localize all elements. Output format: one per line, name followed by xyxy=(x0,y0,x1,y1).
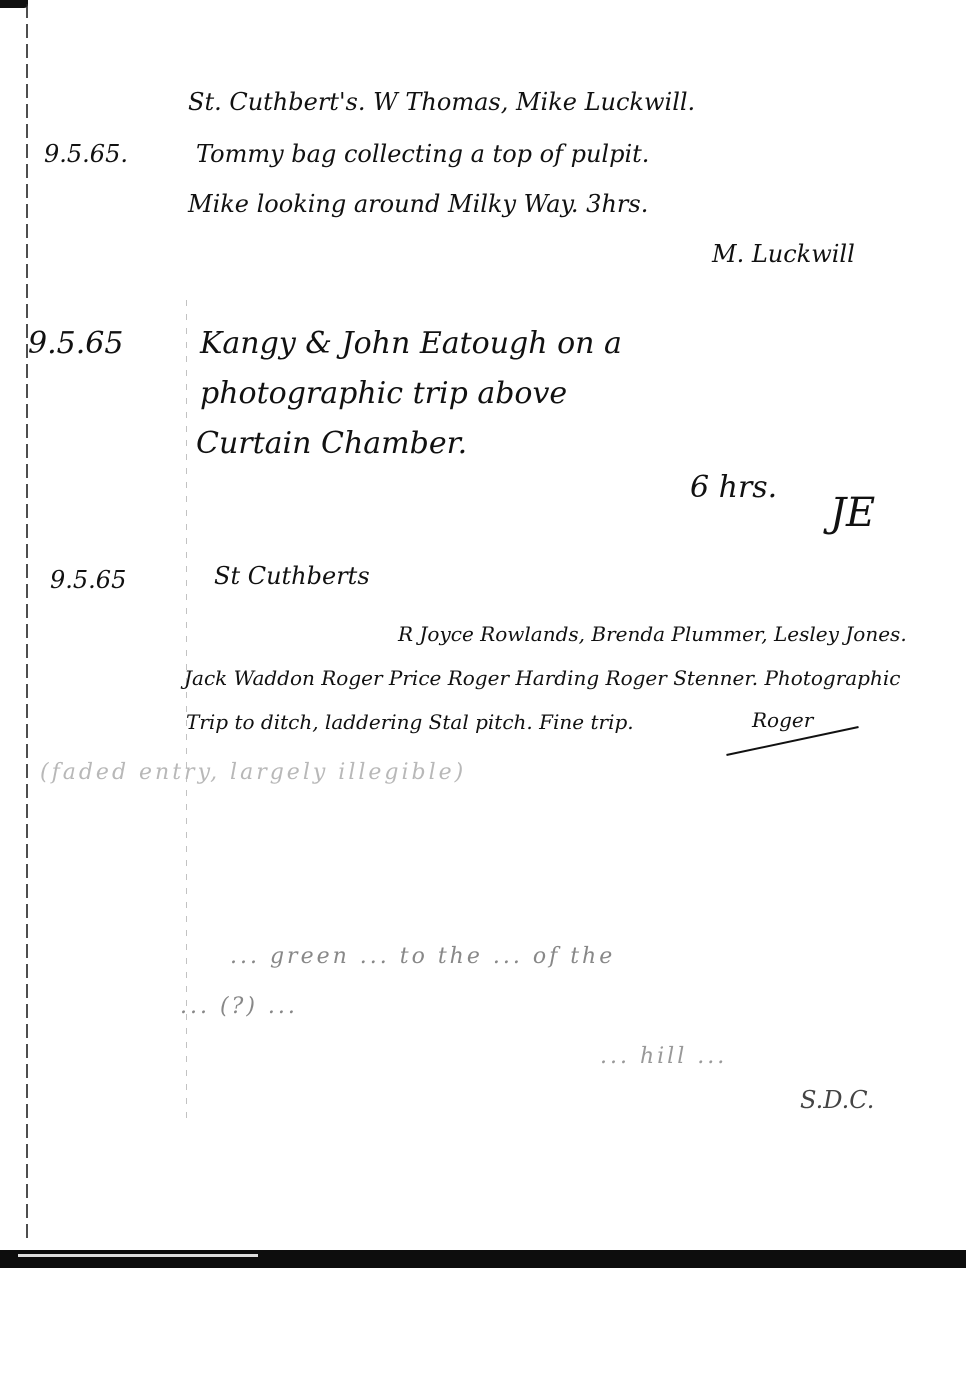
entry-4-faded-line-1: ... green ... to the ... of the xyxy=(230,944,615,969)
entry-2-signature: JE xyxy=(830,490,875,536)
entry-3-line-2: Jack Waddon Roger Price Roger Harding Ro… xyxy=(184,666,900,690)
entry-4-faded-line-2: ... (?) ... xyxy=(180,994,298,1019)
entry-1-line-1: Tommy bag collecting a top of pulpit. xyxy=(196,140,649,168)
entry-3-cave: St Cuthberts xyxy=(214,562,370,590)
entry-1-line-2: Mike looking around Milky Way. 3hrs. xyxy=(188,190,648,218)
page-bottom-edge xyxy=(0,1250,966,1268)
entry-3-date: 9.5.65 xyxy=(50,566,126,594)
entry-4-faded-line-0: (faded entry, largely illegible) xyxy=(40,760,466,785)
entry-3-line-1: R Joyce Rowlands, Brenda Plummer, Lesley… xyxy=(398,622,907,646)
entry-1-signature: M. Luckwill xyxy=(712,240,855,268)
scan-corner-mark xyxy=(0,0,28,8)
page-bottom-highlight xyxy=(18,1254,258,1257)
page-left-edge xyxy=(26,4,28,1244)
entry-2-line-3: Curtain Chamber. xyxy=(196,426,467,461)
entry-2-date: 9.5.65 xyxy=(28,326,123,361)
entry-2-line-1: Kangy & John Eatough on a xyxy=(200,326,622,361)
entry-3-line-3: Trip to ditch, laddering Stal pitch. Fin… xyxy=(186,710,634,734)
entry-2-line-2: photographic trip above xyxy=(200,376,567,411)
entry-1-date: 9.5.65. xyxy=(44,140,128,168)
entry-4-faded-line-3: ... hill ... xyxy=(600,1044,727,1069)
logbook-page: St. Cuthbert's. W Thomas, Mike Luckwill.… xyxy=(0,0,966,1376)
entry-4-signature: S.D.C. xyxy=(800,1086,874,1114)
entry-3-signature: Roger xyxy=(752,708,813,732)
entry-1-header: St. Cuthbert's. W Thomas, Mike Luckwill. xyxy=(188,88,695,116)
entry-2-duration: 6 hrs. xyxy=(690,470,777,505)
